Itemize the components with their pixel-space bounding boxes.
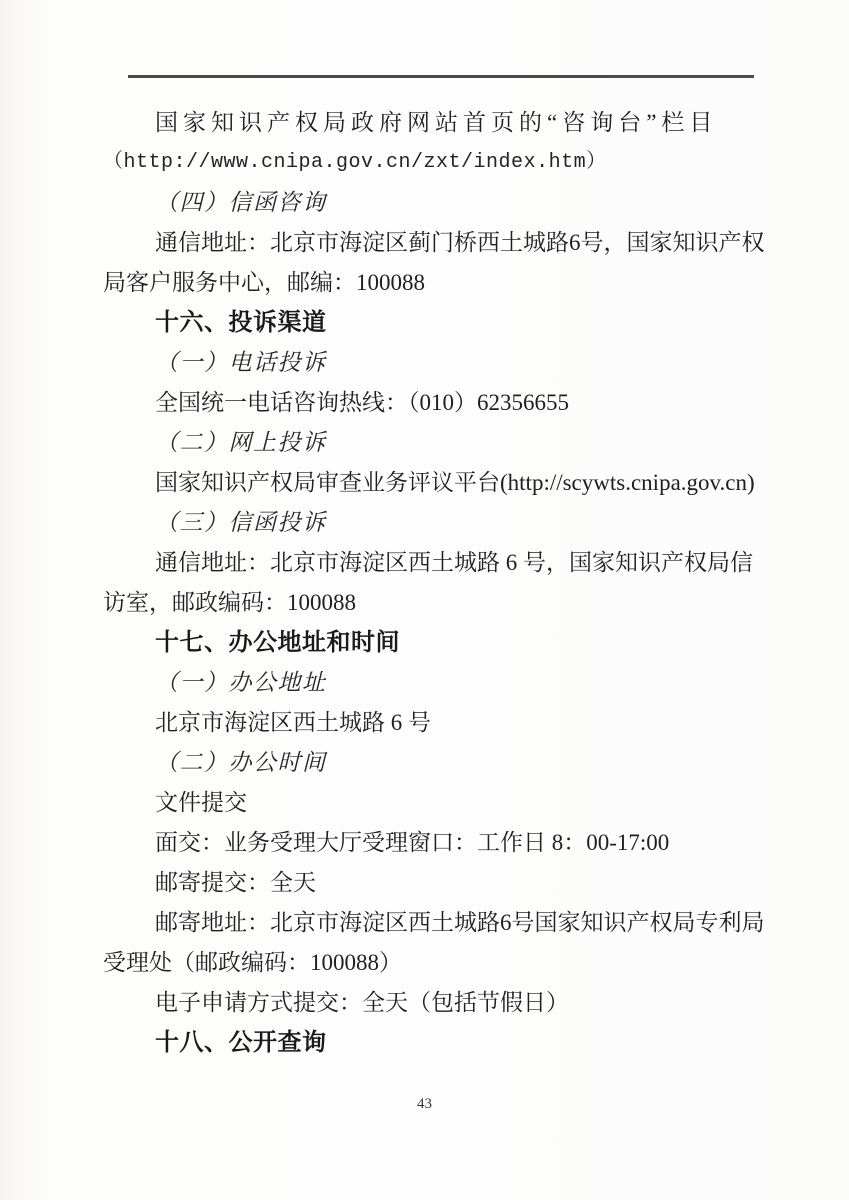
url-line: （http://www.cnipa.gov.cn/zxt/index.htm） — [103, 143, 771, 183]
body-line: 面交：业务受理大厅受理窗口：工作日 8：00-17:00 — [103, 823, 771, 863]
header-rule — [128, 75, 754, 78]
document-page: 国家知识产权局政府网站首页的“咨询台”栏目（http://www.cnipa.g… — [0, 0, 849, 1200]
body-line: 北京市海淀区西土城路 6 号 — [103, 703, 771, 743]
body-line: 国家知识产权局政府网站首页的“咨询台”栏目 — [103, 103, 771, 143]
page-number: 43 — [0, 1094, 849, 1114]
sub-heading: （一）电话投诉 — [103, 343, 771, 383]
body-line: 国家知识产权局审查业务评议平台(http://scywts.cnipa.gov.… — [103, 463, 771, 503]
body-line: 通信地址：北京市海淀区蓟门桥西土城路6号，国家知识产权 — [103, 223, 771, 263]
body-line: 通信地址：北京市海淀区西土城路 6 号，国家知识产权局信 — [103, 543, 771, 583]
body-line: 局客户服务中心，邮编：100088 — [103, 263, 771, 303]
body-line: 电子申请方式提交：全天（包括节假日） — [103, 983, 771, 1023]
section-heading: 十六、投诉渠道 — [103, 303, 771, 343]
body-line: 受理处（邮政编码：100088） — [103, 943, 771, 983]
body-line: 邮寄提交：全天 — [103, 863, 771, 903]
body-line: 访室，邮政编码：100088 — [103, 583, 771, 623]
sub-heading: （二）网上投诉 — [103, 423, 771, 463]
document-content: 国家知识产权局政府网站首页的“咨询台”栏目（http://www.cnipa.g… — [103, 103, 771, 1063]
section-heading: 十七、办公地址和时间 — [103, 623, 771, 663]
body-line: 全国统一电话咨询热线：（010）62356655 — [103, 383, 771, 423]
body-line: 文件提交 — [103, 783, 771, 823]
sub-heading: （三）信函投诉 — [103, 503, 771, 543]
body-line: 邮寄地址：北京市海淀区西土城路6号国家知识产权局专利局 — [103, 903, 771, 943]
sub-heading: （二）办公时间 — [103, 743, 771, 783]
sub-heading: （一）办公地址 — [103, 663, 771, 703]
sub-heading: （四）信函咨询 — [103, 183, 771, 223]
section-heading: 十八、公开查询 — [103, 1023, 771, 1063]
